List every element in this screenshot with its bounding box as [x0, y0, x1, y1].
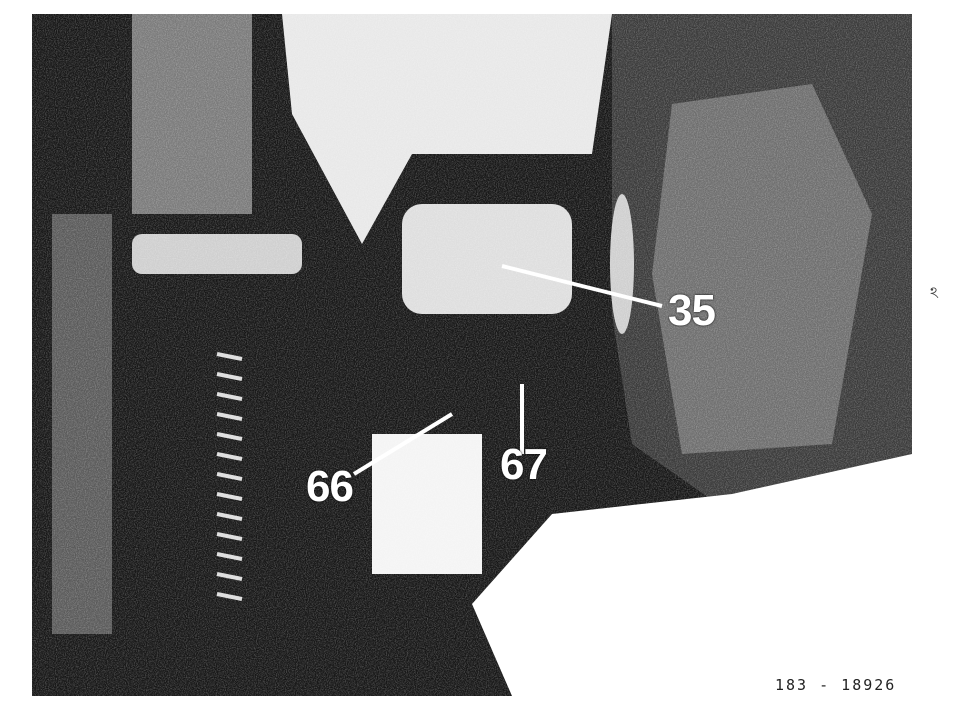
callout-35: 35 [668, 286, 715, 336]
photo-illustration [32, 14, 912, 696]
scan-artifact: ঽ [930, 280, 939, 307]
callout-67: 67 [500, 440, 547, 490]
callout-66: 66 [306, 462, 353, 512]
figure-reference-number: 183 - 18926 [775, 676, 896, 694]
mechanical-photo [32, 14, 912, 696]
